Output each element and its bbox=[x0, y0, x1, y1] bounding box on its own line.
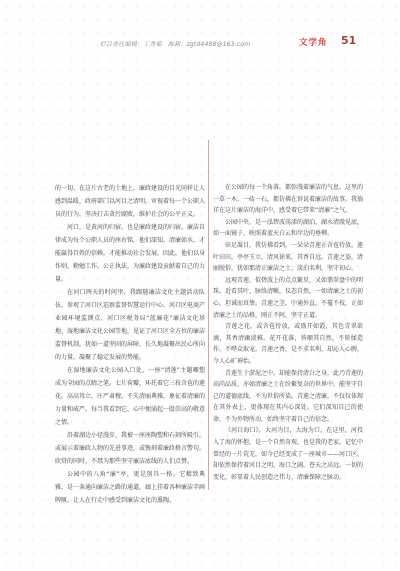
page-number: 51 bbox=[341, 34, 356, 47]
paragraph: 公园中的八角“廉”亭，更是别具一格。它精致典雅，是一条通向廉洁之路的通道，廊上挂… bbox=[55, 468, 205, 507]
paragraph: 沿着湖边小径漫步，我被一座座陶塑和石刻所吸引，或展示着廉政人物的先进事迹，或镌刻… bbox=[55, 429, 205, 468]
paragraph: 青莲生于淤泥之中，却能保持清白之身，此乃青莲的高尚品质，亦如清廉之士在纷繁复杂的… bbox=[213, 368, 363, 426]
column-divider bbox=[208, 140, 209, 490]
paragraph: 青莲之花，或含苞待放，或盛开如霞，其色青翠欲滴，其香清幽淡雅。花开花落，皆顺其自… bbox=[213, 321, 363, 367]
right-column: 在公园的每一个角落，都弥漫着廉洁的气息。这里的一草一木，一砖一石，都仿佛在诉说着… bbox=[213, 182, 363, 483]
paragraph: 公园中央，是一泓碧波荡漾的湖泊，湖水清澈见底，如一面镜子，映照着蓝天白云和岸边的… bbox=[213, 217, 363, 240]
paragraph: 在河口两天的时间里，我跟随廉洁文化主题活动队伍，参观了河口区巡察监督智慧运行中心… bbox=[55, 286, 205, 364]
paragraph: 远观青莲，似碧波上的点点繁星，又如翡翠盘中的明珠。近看其叶，脉络清晰，仪态自然，… bbox=[213, 275, 363, 321]
magazine-page: 栏目责任编辑：丁秀菊 邮箱：zgtd4488@163.com 文学角 51 的一… bbox=[0, 0, 400, 571]
left-column: 的一切。在这片古老的土地上，廉政建设的目光同样让人感到温暖，政府部门以河目之清明… bbox=[55, 182, 205, 507]
paragraph: 在湿地廉洁文化公园入口处，一座“清莲”主题雕塑成为全园的点睛之笔。七片荷瓣，环托… bbox=[55, 364, 205, 429]
paragraph: 的一切。在这片古老的土地上，廉政建设的目光同样让人感到温暖，政府部门以河目之清明… bbox=[55, 182, 205, 221]
paragraph: 驻足凝目，我仿佛看到，一朵朵青莲正含苞待放。莲叶田田，亭亭玉立，清风徐来，其香自… bbox=[213, 240, 363, 275]
section-title: 文学角 bbox=[299, 36, 328, 48]
editor-contact-line: 栏目责任编辑：丁秀菊 邮箱：zgtd4488@163.com bbox=[70, 39, 280, 48]
paragraph: 《河目海口》，大河为目，大海为口。在这里，河投入了海的怀抱，是一个自然奇观，也是… bbox=[213, 425, 363, 483]
paragraph: 在公园的每一个角落，都弥漫着廉洁的气息。这里的一草一木，一砖一石，都仿佛在诉说着… bbox=[213, 182, 363, 217]
paragraph: 河口，是黄河的归宿，也是廉政建设的归宿。廉洁自律成为每个公职人员的座右铭，他们深… bbox=[55, 221, 205, 286]
